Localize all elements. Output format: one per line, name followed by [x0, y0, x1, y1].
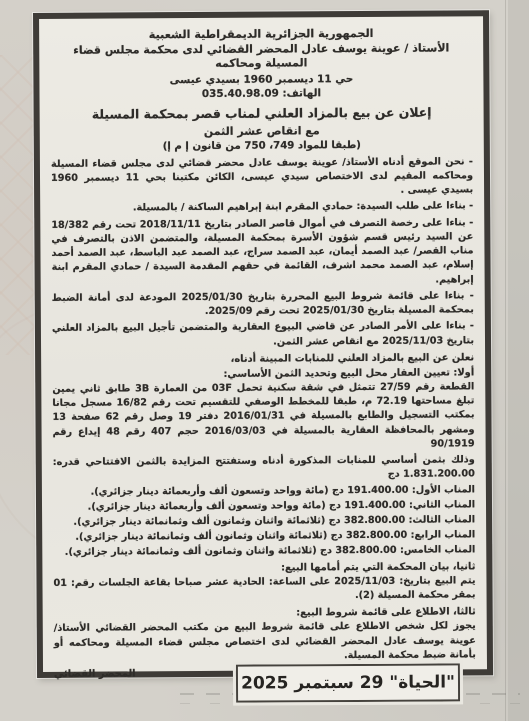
section-one-heading: أولا: تعيين العقار محل البيع وتحديد الثم…	[52, 367, 474, 381]
postponement-order-clause: - بناءا على الأمر الصادر عن قاضي البيوع …	[52, 320, 474, 351]
share-price-5: المناب الخامس: 382.800.00 دج (ثلاثمائة و…	[53, 543, 475, 560]
auction-subtitle: مع انقاص عشر الثمن	[51, 123, 473, 140]
auction-title: إعلان عن بيع بالمزاد العلني لمناب قصر بم…	[51, 105, 473, 124]
share-price-4: المناب الرابع: 382.800.00 دج (ثلاثمائة و…	[53, 528, 475, 545]
request-clause: - بناءا على طلب السيدة: حمادي المقرم ابن…	[51, 200, 473, 217]
inspection-paragraph: يجوز لكل شخص الاطلاع على قائمة شروط البي…	[54, 620, 476, 665]
office-phone: الهاتف: 035.40.98.09	[50, 86, 472, 102]
permission-clause: - بناءا على رخصة التصرف في أموال قاصر ال…	[51, 216, 473, 290]
section-two-heading: ثانيا، بيان المحكمة التي يتم أمامها البي…	[53, 561, 475, 575]
share-price-2: المناب الثاني: 191.400.00 دج (مائة وواحد…	[53, 498, 475, 515]
announcement-content: الجمهورية الجزائرية الديمقراطية الشعبية …	[39, 16, 487, 680]
page-fold-line	[505, 0, 506, 721]
bailiff-name-line: الأستاذ / عوينة يوسف عادل المحضر القضائي…	[50, 41, 472, 73]
share-price-3: المناب الثالث: 382.800.00 دج (ثلاثمائة و…	[53, 513, 475, 530]
scanned-newspaper-page: { "colors": { "page_background": "#d4d1c…	[0, 0, 529, 721]
publication-date: "الحياة" 29 سبتمبر 2025	[241, 672, 455, 693]
publication-date-box: "الحياة" 29 سبتمبر 2025	[236, 663, 460, 702]
announcement-frame: الجمهورية الجزائرية الديمقراطية الشعبية …	[33, 10, 493, 678]
opening-bid: وذلك بثمن أساسي للمنابات المذكورة أدناه …	[53, 453, 475, 484]
announcement-statement: نعلن عن البيع بالمزاد العلني للمنابات ال…	[52, 352, 474, 366]
property-description: القطعة رقم 27/59 تتمثل في شقة سكنية تحمل…	[52, 380, 474, 454]
conditions-clause: - بناءا على قائمة شروط البيع المحررة بتا…	[52, 289, 474, 320]
section-three-heading: ثالثا، الاطلاع على قائمة شروط البيع:	[54, 607, 476, 621]
sale-date-time: يتم البيع بتاريخ: 2025/11/03 على الساعة:…	[53, 574, 475, 605]
law-reference: (طبقا للمواد 749، 750 من قانون إ م إ)	[51, 138, 473, 154]
page-edge-shade	[508, 0, 529, 721]
intro-paragraph: - نحن الموقع أدناه الأستاذ/ عوينة يوسف ع…	[51, 155, 473, 200]
share-price-1: المناب الأول: 191.400.00 دج (مائة وواحد …	[53, 483, 475, 500]
